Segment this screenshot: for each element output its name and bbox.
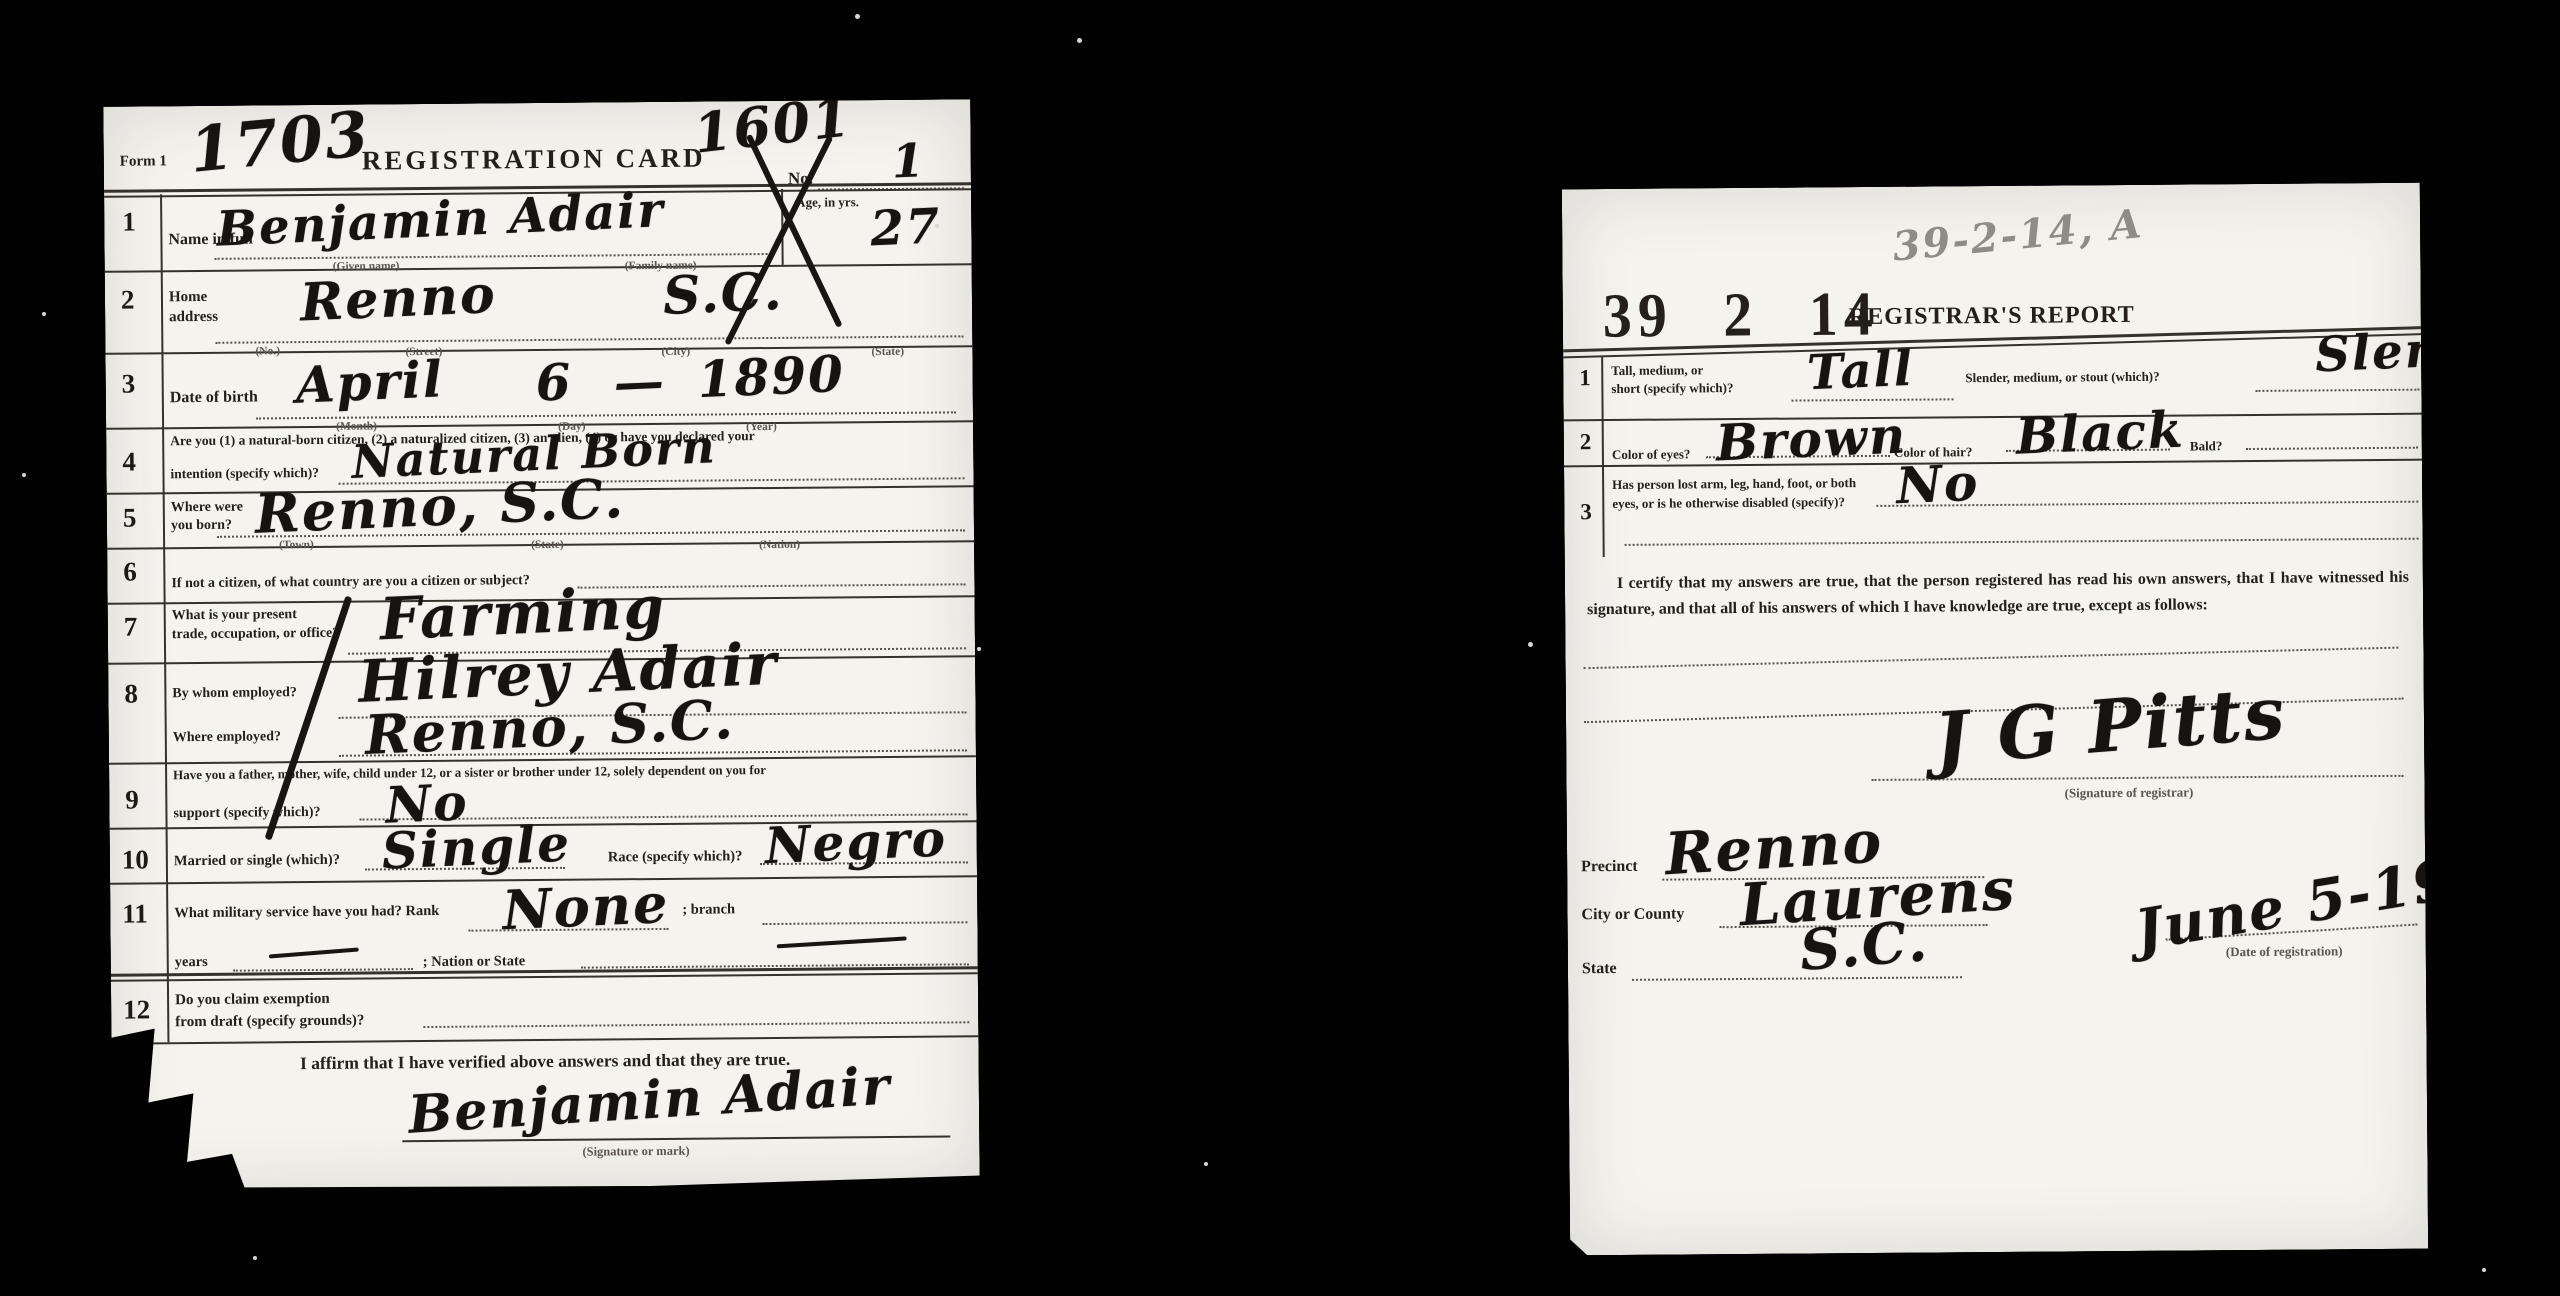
rq1-label: short (specify which)?	[1611, 380, 1733, 397]
q5-label: Where were	[171, 500, 243, 517]
rq3-answer: No	[1895, 453, 1981, 515]
serial-number-handwritten: 1703	[187, 97, 374, 187]
rq1-label: Tall, medium, or	[1611, 362, 1703, 378]
report-title: REGISTRAR'S REPORT	[1849, 301, 2135, 332]
q5-sublabel: (Nation)	[759, 539, 800, 551]
q12-number: 12	[123, 994, 150, 1025]
order-number-value: 1	[891, 133, 927, 188]
registrar-signature: J G Pitts	[1931, 670, 2289, 782]
row-rule	[111, 1035, 978, 1045]
row-rule	[105, 263, 972, 273]
q5-number: 5	[123, 503, 137, 534]
signature-sublabel: (Signature or mark)	[582, 1144, 689, 1160]
q3-answer-dash: —	[612, 351, 667, 412]
scan-background: { "left_card": { "form_label": "Form 1",…	[0, 0, 2560, 1296]
q11-answer: None	[501, 871, 671, 942]
q7-label: What is your present	[172, 607, 297, 625]
rq2-label: Color of eyes?	[1612, 446, 1691, 462]
q2-answer-city: Renno	[299, 264, 498, 334]
dust-speck	[2482, 1268, 2486, 1272]
card-title: REGISTRATION CARD	[362, 142, 706, 177]
registrars-report-card: 39-2-14, A 39 2 14 REGISTRAR'S REPORT 1 …	[1562, 183, 2428, 1256]
dust-speck	[977, 647, 981, 651]
q3-answer-month: April	[294, 349, 445, 414]
q3-answer-day: 6	[534, 352, 573, 413]
number-column-rule	[1601, 357, 1605, 557]
q2-sublabel: (State)	[871, 346, 904, 358]
row-rule	[1564, 413, 2422, 422]
age-label: Age, in yrs.	[796, 194, 859, 210]
q9-label2: support (specify which)?	[173, 805, 320, 823]
q10-label2: Race (specify which)?	[608, 848, 743, 867]
q8-number: 8	[124, 679, 138, 710]
q11-branch-line	[762, 921, 967, 925]
dust-speck	[1204, 1162, 1208, 1166]
rq2-line3	[2246, 447, 2418, 450]
rq2-label3: Bald?	[2190, 438, 2223, 454]
q7-number: 7	[124, 612, 138, 643]
q5-label: you born?	[171, 518, 232, 535]
q10-answer: Single	[381, 813, 573, 880]
pen-dash-mark	[777, 936, 907, 948]
rq3-label: Has person lost arm, leg, hand, foot, or…	[1612, 475, 1856, 493]
q3-number: 3	[122, 369, 136, 400]
q11-nation-label: ; Nation or State	[423, 953, 526, 971]
rq1-answer2: Slender	[2314, 318, 2428, 383]
city-county-label: City or County	[1581, 904, 1684, 924]
rq3-label: eyes, or is he otherwise disabled (speci…	[1612, 494, 1845, 511]
number-column-rule	[160, 194, 169, 1042]
certification-text: I certify that my answers are true, that…	[1587, 565, 2409, 623]
q2-sublabel: (City)	[661, 346, 690, 358]
pen-dash-mark	[269, 947, 359, 958]
rq3-number: 3	[1580, 499, 1592, 525]
q2-label: Home	[169, 288, 207, 306]
q2-sublabel: (No.)	[255, 345, 280, 357]
registration-card: Form 1 1703 REGISTRATION CARD 1601 No. 1…	[103, 99, 979, 1192]
q9-label: Have you a father, mother, wife, child u…	[173, 762, 766, 783]
state-line	[1632, 976, 1962, 981]
q11-branch-label: ; branch	[682, 901, 735, 919]
rq1-answer: Tall	[1806, 341, 1915, 402]
dust-speck	[22, 473, 26, 477]
q8-label2: Where employed?	[173, 729, 281, 747]
blank-line	[1625, 538, 2419, 546]
dust-speck	[42, 312, 46, 316]
q11-number: 11	[122, 898, 148, 929]
dust-speck	[855, 14, 860, 19]
q6-number: 6	[123, 557, 137, 588]
file-number-handwritten: 39-2-14, A	[1891, 200, 2146, 271]
rq2-number: 2	[1580, 429, 1592, 455]
registrar-signature-sublabel: (Signature of registrar)	[2065, 784, 2194, 801]
q3-label: Date of birth	[170, 387, 258, 407]
q8-label: By whom employed?	[172, 685, 297, 703]
q4-number: 4	[122, 447, 136, 478]
stamp-number: 39 2 14	[1603, 276, 1880, 353]
q1-number: 1	[122, 207, 136, 238]
dust-speck	[253, 1256, 257, 1260]
blank-line	[1584, 647, 2399, 670]
q12-line	[423, 1021, 969, 1028]
dust-speck	[1077, 38, 1082, 43]
precinct-label: Precinct	[1581, 857, 1638, 877]
q10-number: 10	[122, 844, 149, 875]
age-value: 27	[869, 198, 942, 257]
dust-speck	[1528, 642, 1533, 647]
rq2-answer2: Black	[2015, 400, 2186, 466]
q9-number: 9	[125, 785, 139, 816]
q5-sublabel: (State)	[531, 539, 564, 551]
state-value: S.C.	[1797, 908, 1931, 984]
rq2-answer: Brown	[1715, 405, 1909, 472]
q11-years-label: years	[175, 954, 208, 972]
q11-label: What military service have you had? Rank	[174, 903, 439, 923]
row-rule	[1564, 459, 2422, 468]
q10-label: Married or single (which)?	[174, 852, 340, 871]
q12-label2: from draft (specify grounds)?	[175, 1012, 364, 1032]
q2-number: 2	[121, 285, 135, 316]
q3-answer-year: 1890	[696, 344, 846, 409]
rq1-label3: Slender, medium, or stout (which)?	[1965, 369, 2159, 386]
dust-speck	[935, 224, 939, 228]
form-number-label: Form 1	[120, 152, 167, 170]
q3-line	[256, 411, 956, 419]
struck-number-handwritten: 1601	[690, 84, 855, 166]
state-label: State	[1582, 959, 1617, 978]
q10-answer2: Negro	[764, 808, 949, 875]
q2-label: address	[169, 308, 218, 326]
q7-label: trade, occupation, or office?	[172, 626, 339, 644]
q2-line	[215, 335, 963, 344]
q12-label: Do you claim exemption	[175, 990, 330, 1009]
rq1-line2	[2255, 389, 2419, 392]
rq1-number: 1	[1579, 365, 1591, 391]
